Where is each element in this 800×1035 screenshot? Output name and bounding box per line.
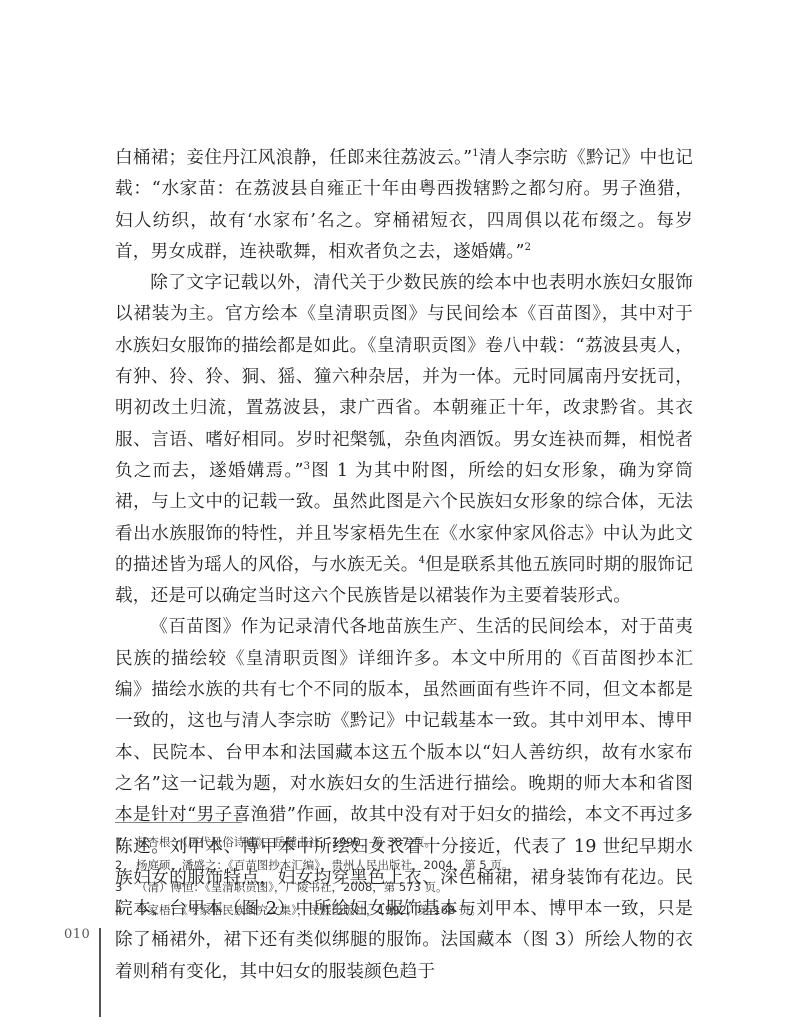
- margin-rule: [99, 928, 101, 1017]
- footnotes: 1 赵杏根：《历代风俗诗选》，岳麓书社，1990，第 387 页。 2 杨庭硕，…: [115, 831, 693, 921]
- paragraph-3: 《百苗图》作为记录清代各地苗族生产、生活的民间绘本，对于苗夷民族的描绘较《皇清职…: [115, 612, 693, 988]
- book-page: 白桶裙；妾住丹江风浪静，任郎来往荔波云。”1清人李宗昉《黔记》中也记载：“水家苗…: [0, 0, 800, 1035]
- footnote-text: 杨庭硕，潘盛之：《百苗图抄本汇编》，贵州人民出版社，2004，第 5 页。: [136, 854, 513, 877]
- page-number: 010: [64, 927, 90, 942]
- footnote-ref-2[interactable]: 2: [525, 242, 532, 253]
- paragraph-1: 白桶裙；妾住丹江风浪静，任郎来往荔波云。”1清人李宗昉《黔记》中也记载：“水家苗…: [115, 143, 693, 268]
- paragraph-2: 除了文字记载以外，清代关于少数民族的绘本中也表明水族妇女服饰以裙装为主。官方绘本…: [115, 268, 693, 612]
- footnote-text: 岑家梧：《岑家梧民族研究文集》，民族出版社，1992，第 168 页。: [136, 899, 482, 922]
- footnote-number: 2: [115, 854, 136, 877]
- footnote-text: 赵杏根：《历代风俗诗选》，岳麓书社，1990，第 387 页。: [136, 831, 436, 854]
- paragraph-text: 除了文字记载以外，清代关于少数民族的绘本中也表明水族妇女服饰以裙装为主。官方绘本…: [115, 273, 693, 481]
- paragraph-text: 白桶裙；妾住丹江风浪静，任郎来往荔波云。”: [115, 148, 472, 168]
- footnote-3: 3 （清）傅恒：《皇清职贡图》，广陵书社，2008，第 573 页。: [115, 876, 693, 899]
- footnote-text: （清）傅恒：《皇清职贡图》，广陵书社，2008，第 573 页。: [136, 876, 448, 899]
- paragraph-text: 《百苗图》作为记录清代各地苗族生产、生活的民间绘本，对于苗夷民族的描绘较《皇清职…: [115, 617, 693, 981]
- footnote-4: 4 岑家梧：《岑家梧民族研究文集》，民族出版社，1992，第 168 页。: [115, 899, 693, 922]
- footnote-2: 2 杨庭硕，潘盛之：《百苗图抄本汇编》，贵州人民出版社，2004，第 5 页。: [115, 854, 693, 877]
- footnote-number: 3: [115, 876, 136, 899]
- footnote-number: 1: [115, 831, 136, 854]
- footnote-number: 4: [115, 899, 136, 922]
- footnote-1: 1 赵杏根：《历代风俗诗选》，岳麓书社，1990，第 387 页。: [115, 831, 693, 854]
- footnote-divider: [115, 822, 242, 823]
